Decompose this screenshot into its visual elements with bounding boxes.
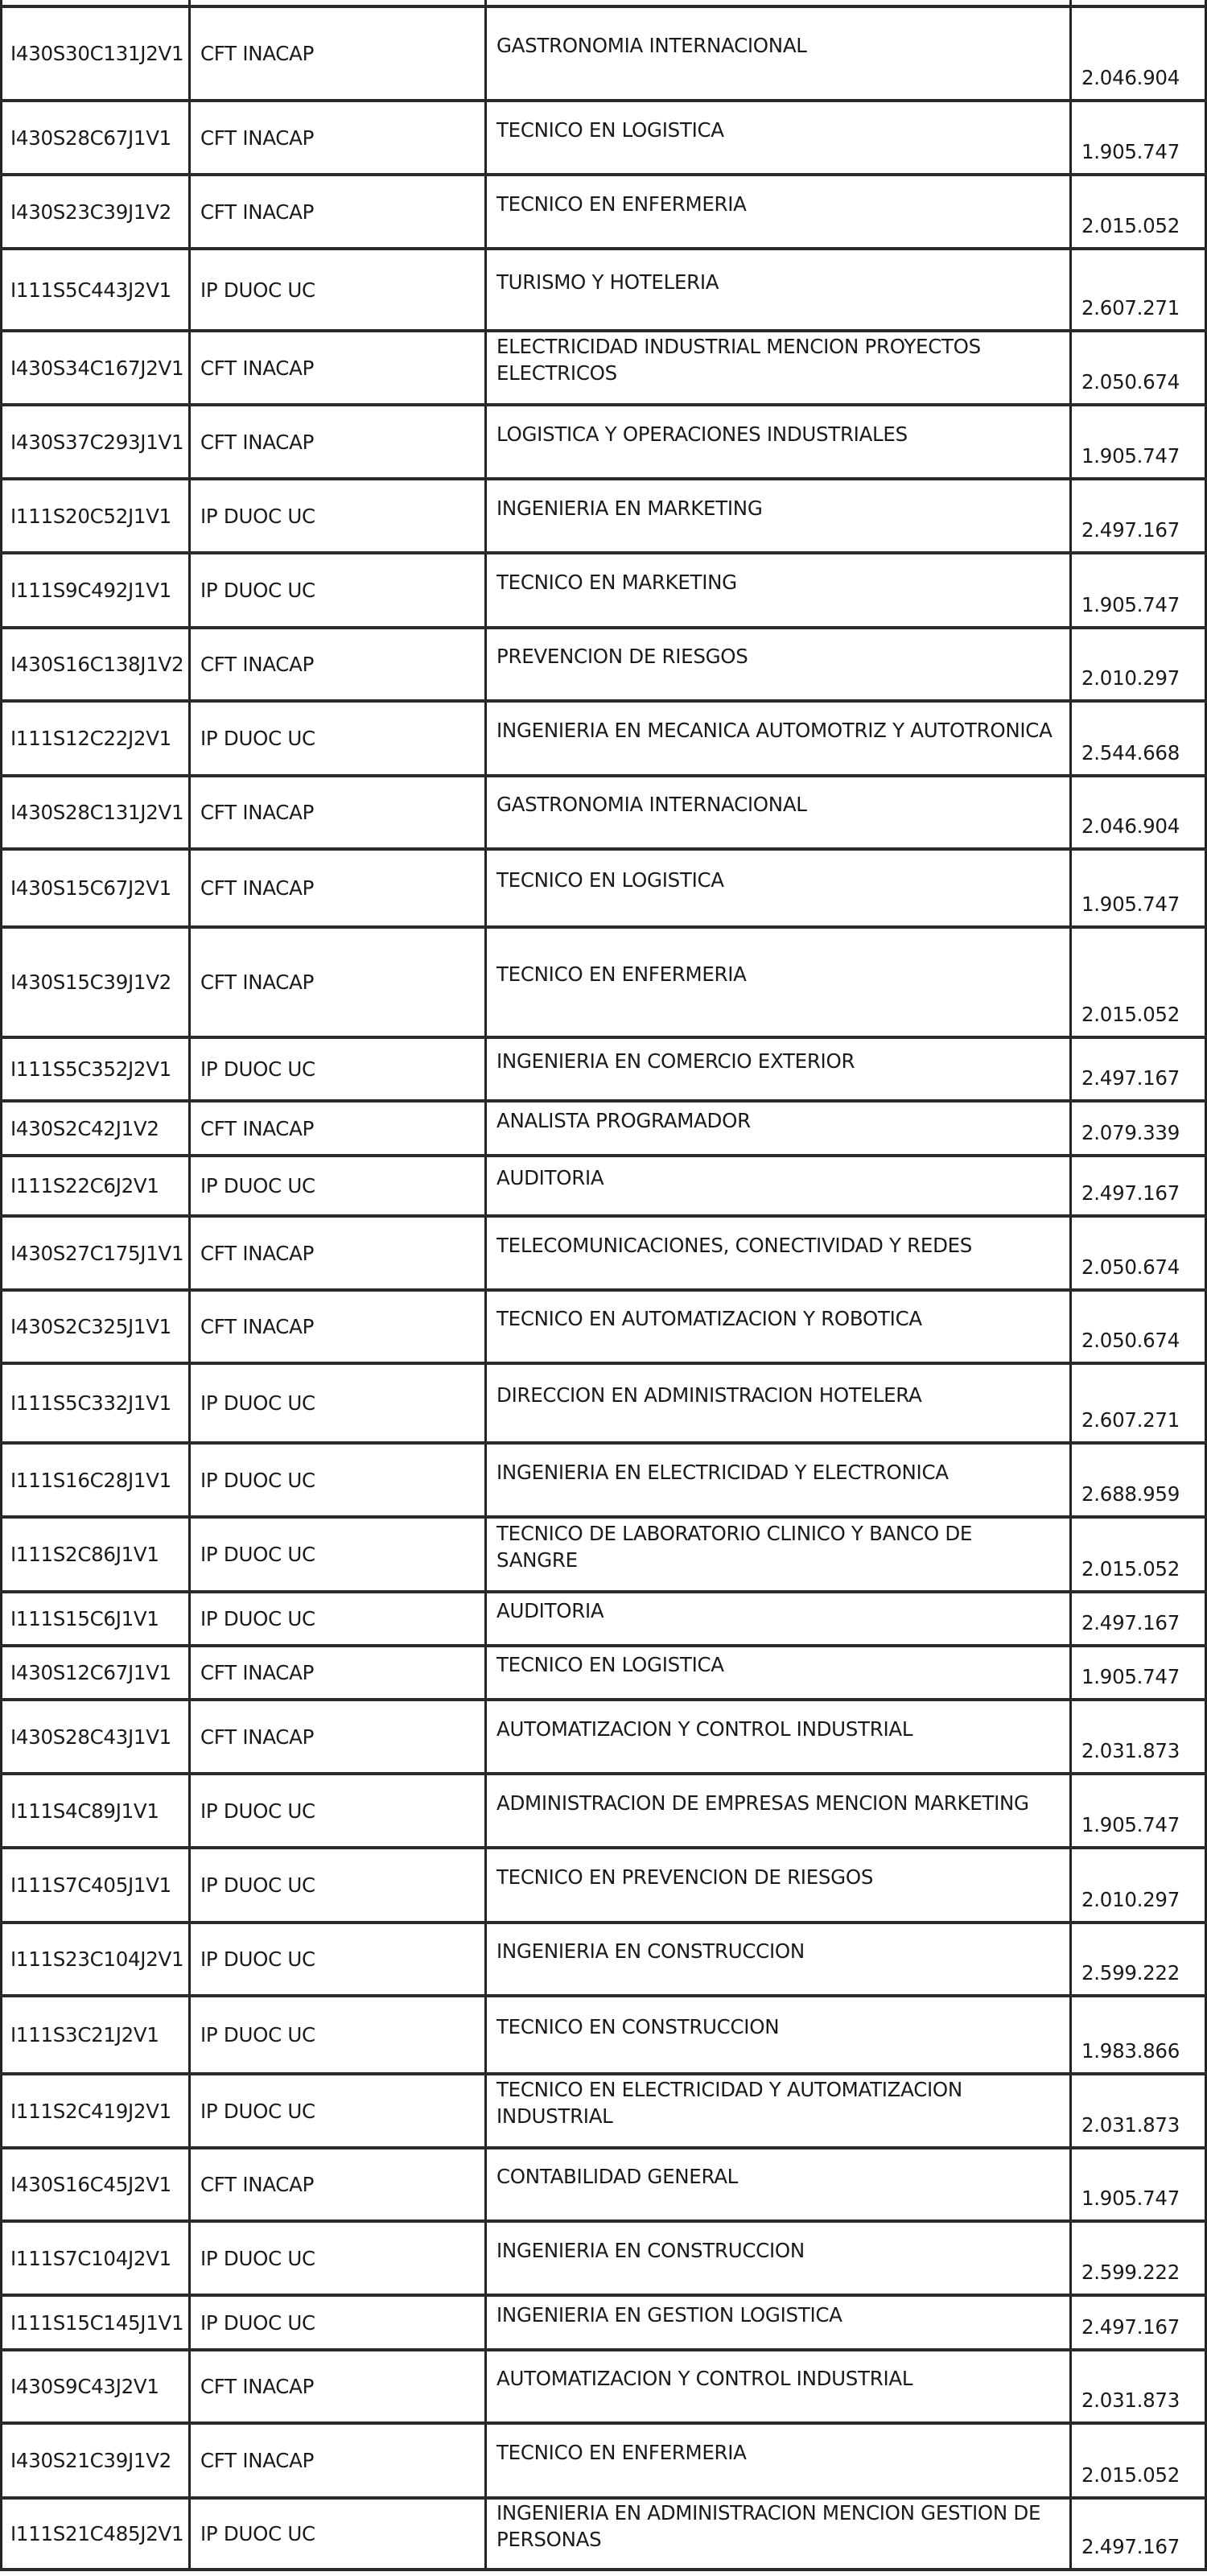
program-code-cell-text: I111S20C52J1V1 [10,503,171,530]
amount-cell: 2.497.167 [1069,1593,1207,1644]
program-code-cell: I111S4C89J1V1 [0,1775,190,1846]
amount-cell: 2.015.052 [1069,2425,1207,2496]
amount-cell-text: 2.046.904 [1081,813,1180,839]
table-row: I111S23C104J2V1IP DUOC UCINGENIERIA EN C… [0,1921,1207,1994]
program-name-cell: ELECTRICIDAD INDUSTRIAL MENCION PROYECTO… [484,332,1072,403]
program-name-cell: TELECOMUNICACIONES, CONECTIVIDAD Y REDES [484,1218,1072,1288]
program-code-cell-text: I111S21C485J2V1 [10,2520,183,2547]
institution-cell-text: IP DUOC UC [200,1605,315,1632]
table-row: I111S4C89J1V1IP DUOC UCADMINISTRACION DE… [0,1772,1207,1846]
institution-cell-text: IP DUOC UC [200,1946,315,1972]
institution-cell: CFT INACAP [188,629,486,699]
program-name-cell-text: TECNICO EN LOGISTICA [496,117,724,143]
table-row: I430S28C67J1V1CFT INACAPTECNICO EN LOGIS… [0,99,1207,173]
table-row: I111S3C21J2V1IP DUOC UCTECNICO EN CONSTR… [0,1994,1207,2072]
program-name-cell: DIRECCION EN ADMINISTRACION HOTELERA [484,1365,1072,1441]
institution-cell-text: CFT INACAP [200,355,314,381]
institution-cell: IP DUOC UC [188,1924,486,1994]
program-name-cell: TECNICO EN LOGISTICA [484,851,1072,925]
table-row: I111S15C145J1V1IP DUOC UCINGENIERIA EN G… [0,2294,1207,2348]
amount-cell: 2.010.297 [1069,629,1207,699]
program-name-cell-text: INGENIERIA EN COMERCIO EXTERIOR [496,1048,855,1074]
program-code-cell-text: I430S28C131J2V1 [10,799,183,826]
amount-cell: 2.079.339 [1069,1103,1207,1154]
amount-cell-text: 2.015.052 [1081,1001,1180,1028]
program-name-cell-text: GASTRONOMIA INTERNACIONAL [496,32,807,59]
program-code-cell: I111S20C52J1V1 [0,480,190,551]
program-code-cell-text: I430S16C45J2V1 [10,2171,171,2198]
amount-cell: 2.497.167 [1069,480,1207,551]
program-code-cell: I111S22C6J2V1 [0,1157,190,1214]
amount-cell-text: 2.031.873 [1081,2387,1180,2413]
program-code-cell: I111S21C485J2V1 [0,2500,190,2568]
program-code-cell-text: I111S2C86J1V1 [10,1541,159,1568]
institution-cell-text: CFT INACAP [200,799,314,826]
institution-cell-text: IP DUOC UC [200,1390,315,1416]
institution-cell-text: IP DUOC UC [200,1173,315,1199]
amount-cell: 2.031.873 [1069,1701,1207,1772]
program-code-cell: I111S12C22J2V1 [0,703,190,774]
amount-cell: 2.599.222 [1069,2223,1207,2294]
table-row: I430S30C131J2V1CFT INACAPGASTRONOMIA INT… [0,5,1207,99]
institution-cell: IP DUOC UC [188,480,486,551]
program-name-cell: TECNICO EN AUTOMATIZACION Y ROBOTICA [484,1292,1072,1362]
institution-cell-text: CFT INACAP [200,2171,314,2198]
program-name-cell: TECNICO EN MARKETING [484,554,1072,626]
institution-cell: IP DUOC UC [188,2297,486,2348]
table-row: I111S22C6J2V1IP DUOC UCAUDITORIA2.497.16… [0,1154,1207,1214]
institution-cell: CFT INACAP [188,2351,486,2421]
amount-cell-text: 2.015.052 [1081,2462,1180,2488]
institution-cell: CFT INACAP [188,929,486,1036]
table-row: I111S20C52J1V1IP DUOC UCINGENIERIA EN MA… [0,477,1207,551]
program-name-cell-text: CONTABILIDAD GENERAL [496,2163,738,2190]
program-code-cell: I111S16C28J1V1 [0,1445,190,1515]
amount-cell: 1.983.866 [1069,1997,1207,2072]
amount-cell-text: 1.905.747 [1081,591,1180,618]
program-code-cell: I430S30C131J2V1 [0,8,190,99]
program-name-cell-text: INGENIERIA EN CONSTRUCCION [496,2237,805,2264]
program-name-cell-text: PREVENCION DE RIESGOS [496,643,748,670]
table-row: I111S5C352J2V1IP DUOC UCINGENIERIA EN CO… [0,1036,1207,1099]
program-name-cell: AUDITORIA [484,1157,1072,1214]
program-code-cell-text: I111S7C104J2V1 [10,2245,171,2272]
program-name-cell: TECNICO DE LABORATORIO CLINICO Y BANCO D… [484,1519,1072,1590]
program-code-cell-text: I430S28C67J1V1 [10,125,171,151]
program-code-cell-text: I111S5C352J2V1 [10,1056,171,1082]
institution-cell-text: CFT INACAP [200,875,314,901]
program-code-cell: I111S7C104J2V1 [0,2223,190,2294]
program-code-cell-text: I111S15C145J1V1 [10,2310,183,2336]
institution-cell-text: IP DUOC UC [200,725,315,752]
program-code-cell-text: I430S28C43J1V1 [10,1724,171,1750]
table-row: I430S15C39J1V2CFT INACAPTECNICO EN ENFER… [0,925,1207,1036]
institution-cell: CFT INACAP [188,851,486,925]
program-name-cell: AUDITORIA [484,1593,1072,1644]
amount-cell: 2.050.674 [1069,332,1207,403]
table-row: I430S16C138J1V2CFT INACAPPREVENCION DE R… [0,626,1207,699]
institution-cell-text: CFT INACAP [200,429,314,455]
institution-cell: IP DUOC UC [188,1157,486,1214]
institution-cell: CFT INACAP [188,1292,486,1362]
table-row: I111S2C419J2V1IP DUOC UCTECNICO EN ELECT… [0,2072,1207,2146]
amount-cell: 1.905.747 [1069,851,1207,925]
program-name-cell: AUTOMATIZACION Y CONTROL INDUSTRIAL [484,1701,1072,1772]
institution-cell: IP DUOC UC [188,250,486,329]
program-code-cell: I430S16C45J2V1 [0,2149,190,2219]
program-code-cell-text: I111S9C492J1V1 [10,577,171,604]
institution-cell: IP DUOC UC [188,1849,486,1921]
institution-cell: IP DUOC UC [188,1365,486,1441]
program-code-cell-text: I430S30C131J2V1 [10,40,183,67]
amount-cell-text: 2.015.052 [1081,1556,1180,1582]
program-code-cell-text: I430S2C42J1V2 [10,1115,159,1142]
amount-cell: 1.905.747 [1069,1647,1207,1698]
program-name-cell: INGENIERIA EN GESTION LOGISTICA [484,2297,1072,2348]
program-name-cell: INGENIERIA EN MECANICA AUTOMOTRIZ Y AUTO… [484,703,1072,774]
table-row: I430S27C175J1V1CFT INACAPTELECOMUNICACIO… [0,1214,1207,1288]
program-code-cell-text: I430S16C138J1V2 [10,651,183,678]
program-code-cell: I111S15C145J1V1 [0,2297,190,2348]
table-row: I430S34C167J2V1CFT INACAPELECTRICIDAD IN… [0,329,1207,403]
program-name-cell: INGENIERIA EN MARKETING [484,480,1072,551]
amount-cell-text: 2.497.167 [1081,1180,1180,1206]
program-name-cell-text: INGENIERIA EN MECANICA AUTOMOTRIZ Y AUTO… [496,717,1053,744]
table-row: I111S5C443J2V1IP DUOC UCTURISMO Y HOTELE… [0,247,1207,329]
program-name-cell: CONTABILIDAD GENERAL [484,2149,1072,2219]
amount-cell: 2.046.904 [1069,777,1207,847]
program-code-cell-text: I430S37C293J1V1 [10,429,183,455]
table-row: I111S5C332J1V1IP DUOC UCDIRECCION EN ADM… [0,1362,1207,1441]
institution-cell: CFT INACAP [188,2149,486,2219]
amount-cell: 2.599.222 [1069,1924,1207,1994]
amount-cell-text: 2.497.167 [1081,2533,1180,2560]
institution-cell: IP DUOC UC [188,1445,486,1515]
program-code-cell: I430S28C131J2V1 [0,777,190,847]
amount-cell-text: 2.010.297 [1081,665,1180,691]
program-name-cell: GASTRONOMIA INTERNACIONAL [484,8,1072,99]
institution-cell-text: CFT INACAP [200,1724,314,1750]
amount-cell: 2.015.052 [1069,929,1207,1036]
table-row: I430S15C67J2V1CFT INACAPTECNICO EN LOGIS… [0,847,1207,925]
amount-cell-text: 2.544.668 [1081,740,1180,766]
institution-cell: CFT INACAP [188,332,486,403]
amount-cell: 2.015.052 [1069,1519,1207,1590]
institution-cell-text: CFT INACAP [200,1240,314,1267]
amount-cell: 1.905.747 [1069,1775,1207,1846]
institution-cell: CFT INACAP [188,1701,486,1772]
program-code-cell: I430S21C39J1V2 [0,2425,190,2496]
program-name-cell: TECNICO EN LOGISTICA [484,102,1072,173]
institution-cell: CFT INACAP [188,102,486,173]
institution-cell: CFT INACAP [188,1103,486,1154]
program-name-cell-text: TECNICO EN ENFERMERIA [496,2439,747,2466]
amount-cell: 2.607.271 [1069,250,1207,329]
institution-cell-text: CFT INACAP [200,2373,314,2400]
program-code-cell: I430S34C167J2V1 [0,332,190,403]
amount-cell: 2.497.167 [1069,1157,1207,1214]
program-name-cell-text: INGENIERIA EN ELECTRICIDAD Y ELECTRONICA [496,1459,949,1486]
institution-cell: IP DUOC UC [188,2075,486,2146]
program-code-cell: I111S15C6J1V1 [0,1593,190,1644]
program-code-cell: I111S9C492J1V1 [0,554,190,626]
program-code-cell-text: I430S15C39J1V2 [10,969,171,995]
program-code-cell-text: I430S21C39J1V2 [10,2447,171,2474]
institution-cell: CFT INACAP [188,2425,486,2496]
program-name-cell: INGENIERIA EN CONSTRUCCION [484,1924,1072,1994]
program-code-cell-text: I430S2C325J1V1 [10,1313,171,1340]
program-code-cell: I111S2C86J1V1 [0,1519,190,1590]
program-name-cell-text: INGENIERIA EN GESTION LOGISTICA [496,2302,842,2328]
table-row: I111S15C6J1V1IP DUOC UCAUDITORIA2.497.16… [0,1590,1207,1644]
institution-cell-text: IP DUOC UC [200,277,315,303]
amount-cell-text: 2.607.271 [1081,1407,1180,1433]
table-row: I111S12C22J2V1IP DUOC UCINGENIERIA EN ME… [0,699,1207,774]
program-name-cell-text: TURISMO Y HOTELERIA [496,269,719,295]
amount-cell-text: 1.905.747 [1081,891,1180,917]
program-name-cell: INGENIERIA EN COMERCIO EXTERIOR [484,1039,1072,1099]
amount-cell: 2.497.167 [1069,2297,1207,2348]
institution-cell-text: IP DUOC UC [200,1872,315,1898]
program-code-cell: I430S2C325J1V1 [0,1292,190,1362]
institution-cell-text: IP DUOC UC [200,2022,315,2048]
program-code-cell-text: I430S9C43J2V1 [10,2373,159,2400]
amount-cell-text: 2.031.873 [1081,2112,1180,2138]
table-row: I430S28C131J2V1CFT INACAPGASTRONOMIA INT… [0,774,1207,847]
amount-cell: 2.031.873 [1069,2351,1207,2421]
program-code-cell: I430S9C43J2V1 [0,2351,190,2421]
institution-cell-text: IP DUOC UC [200,1541,315,1568]
program-code-cell-text: I430S12C67J1V1 [10,1659,171,1686]
program-code-cell-text: I430S15C67J2V1 [10,875,171,901]
program-code-cell-text: I430S23C39J1V2 [10,199,171,225]
institution-cell: CFT INACAP [188,1218,486,1288]
table-row: I430S12C67J1V1CFT INACAPTECNICO EN LOGIS… [0,1644,1207,1698]
table-row: I430S2C42J1V2CFT INACAPANALISTA PROGRAMA… [0,1099,1207,1154]
amount-cell: 1.905.747 [1069,102,1207,173]
program-code-cell-text: I111S3C21J2V1 [10,2022,159,2048]
amount-cell-text: 2.050.674 [1081,369,1180,395]
program-name-cell-text: GASTRONOMIA INTERNACIONAL [496,791,807,818]
table-row: I111S2C86J1V1IP DUOC UCTECNICO DE LABORA… [0,1515,1207,1590]
program-name-cell: GASTRONOMIA INTERNACIONAL [484,777,1072,847]
institution-cell-text: CFT INACAP [200,1659,314,1686]
program-name-cell-text: TELECOMUNICACIONES, CONECTIVIDAD Y REDES [496,1232,972,1259]
program-name-cell-text: LOGISTICA Y OPERACIONES INDUSTRIALES [496,421,908,447]
program-name-cell: INGENIERIA EN ADMINISTRACION MENCION GES… [484,2500,1072,2568]
program-code-cell: I111S23C104J2V1 [0,1924,190,1994]
institution-cell: IP DUOC UC [188,1775,486,1846]
program-name-cell: TECNICO EN ENFERMERIA [484,2425,1072,2496]
institution-cell: CFT INACAP [188,406,486,477]
amount-cell-text: 2.050.674 [1081,1327,1180,1354]
program-code-cell: I430S37C293J1V1 [0,406,190,477]
program-name-cell-text: TECNICO EN CONSTRUCCION [496,2013,779,2040]
program-name-cell-text: DIRECCION EN ADMINISTRACION HOTELERA [496,1382,921,1408]
amount-cell: 2.050.674 [1069,1218,1207,1288]
institution-cell: IP DUOC UC [188,1519,486,1590]
institution-cell: CFT INACAP [188,1647,486,1698]
amount-cell: 2.607.271 [1069,1365,1207,1441]
institution-cell-text: CFT INACAP [200,1115,314,1142]
table-row: I111S7C104J2V1IP DUOC UCINGENIERIA EN CO… [0,2219,1207,2294]
institution-cell-text: CFT INACAP [200,1313,314,1340]
program-name-cell-text: ADMINISTRACION DE EMPRESAS MENCION MARKE… [496,1790,1029,1816]
program-name-cell-text: TECNICO DE LABORATORIO CLINICO Y BANCO D… [496,1520,1056,1573]
amount-cell-text: 1.905.747 [1081,2185,1180,2211]
program-name-cell: PREVENCION DE RIESGOS [484,629,1072,699]
table-row: I430S9C43J2V1CFT INACAPAUTOMATIZACION Y … [0,2348,1207,2421]
institution-cell-text: IP DUOC UC [200,1056,315,1082]
program-name-cell: ANALISTA PROGRAMADOR [484,1103,1072,1154]
amount-cell-text: 2.497.167 [1081,2314,1180,2340]
amount-cell: 2.050.674 [1069,1292,1207,1362]
institution-cell: CFT INACAP [188,777,486,847]
amount-cell-text: 2.010.297 [1081,1886,1180,1913]
program-name-cell: ADMINISTRACION DE EMPRESAS MENCION MARKE… [484,1775,1072,1846]
program-code-cell-text: I111S16C28J1V1 [10,1467,171,1494]
program-code-cell-text: I111S4C89J1V1 [10,1798,159,1824]
program-name-cell-text: AUDITORIA [496,1597,603,1624]
amount-cell-text: 2.607.271 [1081,295,1180,321]
program-code-cell: I430S28C67J1V1 [0,102,190,173]
program-code-cell-text: I111S5C443J2V1 [10,277,171,303]
program-name-cell: INGENIERIA EN ELECTRICIDAD Y ELECTRONICA [484,1445,1072,1515]
program-name-cell-text: TECNICO EN AUTOMATIZACION Y ROBOTICA [496,1305,922,1332]
amount-cell-text: 2.688.959 [1081,1481,1180,1507]
program-code-cell: I430S2C42J1V2 [0,1103,190,1154]
program-code-cell-text: I430S27C175J1V1 [10,1240,183,1267]
amount-cell-text: 2.031.873 [1081,1737,1180,1764]
amount-cell: 2.015.052 [1069,176,1207,247]
program-name-cell-text: TECNICO EN ENFERMERIA [496,191,747,217]
program-code-cell-text: I111S12C22J2V1 [10,725,171,752]
program-code-cell: I430S12C67J1V1 [0,1647,190,1698]
program-name-cell: TECNICO EN LOGISTICA [484,1647,1072,1698]
program-name-cell: TECNICO EN PREVENCION DE RIESGOS [484,1849,1072,1921]
institution-cell: CFT INACAP [188,8,486,99]
institution-cell-text: IP DUOC UC [200,577,315,604]
amount-cell: 2.688.959 [1069,1445,1207,1515]
institution-cell-text: CFT INACAP [200,2447,314,2474]
program-name-cell-text: TECNICO EN ELECTRICIDAD Y AUTOMATIZACION… [496,2076,1056,2129]
amount-cell-text: 1.983.866 [1081,2038,1180,2064]
amount-cell-text: 2.046.904 [1081,64,1180,91]
amount-cell-text: 2.599.222 [1081,2259,1180,2285]
amount-cell: 1.905.747 [1069,406,1207,477]
amount-cell: 1.905.747 [1069,2149,1207,2219]
program-code-cell-text: I430S34C167J2V1 [10,355,183,381]
program-code-cell: I111S5C443J2V1 [0,250,190,329]
program-name-cell-text: TECNICO EN MARKETING [496,569,737,596]
program-name-cell-text: TECNICO EN LOGISTICA [496,1651,724,1678]
institution-cell: IP DUOC UC [188,1039,486,1099]
program-name-cell: AUTOMATIZACION Y CONTROL INDUSTRIAL [484,2351,1072,2421]
table-row: I111S9C492J1V1IP DUOC UCTECNICO EN MARKE… [0,551,1207,626]
institution-cell-text: CFT INACAP [200,651,314,678]
program-name-cell: TECNICO EN ENFERMERIA [484,176,1072,247]
amount-cell: 2.046.904 [1069,8,1207,99]
amount-cell-text: 1.905.747 [1081,1663,1180,1690]
program-code-cell: I111S2C419J2V1 [0,2075,190,2146]
amount-cell-text: 1.905.747 [1081,443,1180,469]
amount-cell: 2.497.167 [1069,1039,1207,1099]
amount-cell-text: 2.015.052 [1081,212,1180,239]
table-row: I430S2C325J1V1CFT INACAPTECNICO EN AUTOM… [0,1288,1207,1362]
program-name-cell: TECNICO EN ENFERMERIA [484,929,1072,1036]
amount-cell-text: 1.905.747 [1081,1811,1180,1838]
table-row: I111S21C485J2V1IP DUOC UCINGENIERIA EN A… [0,2496,1207,2571]
institution-cell: CFT INACAP [188,176,486,247]
institution-cell-text: IP DUOC UC [200,2098,315,2125]
program-name-cell: INGENIERIA EN CONSTRUCCION [484,2223,1072,2294]
program-name-cell-text: AUTOMATIZACION Y CONTROL INDUSTRIAL [496,1716,912,1742]
program-code-cell: I111S7C405J1V1 [0,1849,190,1921]
program-code-cell: I430S15C67J2V1 [0,851,190,925]
institution-cell-text: CFT INACAP [200,969,314,995]
amount-cell: 2.010.297 [1069,1849,1207,1921]
amount-cell: 2.031.873 [1069,2075,1207,2146]
program-code-cell: I430S28C43J1V1 [0,1701,190,1772]
program-name-cell: LOGISTICA Y OPERACIONES INDUSTRIALES [484,406,1072,477]
amount-cell-text: 2.497.167 [1081,517,1180,543]
table-row: I111S16C28J1V1IP DUOC UCINGENIERIA EN EL… [0,1441,1207,1515]
program-code-cell: I111S5C332J1V1 [0,1365,190,1441]
institution-cell-text: IP DUOC UC [200,2245,315,2272]
institution-cell-text: CFT INACAP [200,40,314,67]
program-code-cell: I430S27C175J1V1 [0,1218,190,1288]
program-code-cell-text: I111S15C6J1V1 [10,1605,159,1632]
institution-cell: IP DUOC UC [188,703,486,774]
program-name-cell-text: ANALISTA PROGRAMADOR [496,1107,751,1134]
institution-cell: IP DUOC UC [188,1997,486,2072]
table-row: I430S23C39J1V2CFT INACAPTECNICO EN ENFER… [0,173,1207,247]
table-row: I430S21C39J1V2CFT INACAPTECNICO EN ENFER… [0,2421,1207,2496]
program-code-cell: I430S16C138J1V2 [0,629,190,699]
institution-cell: IP DUOC UC [188,2500,486,2568]
program-name-cell-text: TECNICO EN LOGISTICA [496,867,724,893]
program-name-cell-text: TECNICO EN PREVENCION DE RIESGOS [496,1864,873,1890]
table-row: I111S7C405J1V1IP DUOC UCTECNICO EN PREVE… [0,1846,1207,1921]
program-name-cell-text: TECNICO EN ENFERMERIA [496,961,747,987]
program-name-cell-text: INGENIERIA EN MARKETING [496,495,763,521]
amount-cell-text: 2.497.167 [1081,1609,1180,1636]
amount-cell: 2.544.668 [1069,703,1207,774]
amount-cell-text: 2.079.339 [1081,1119,1180,1146]
amount-cell-text: 2.599.222 [1081,1960,1180,1986]
table-row: I430S37C293J1V1CFT INACAPLOGISTICA Y OPE… [0,403,1207,477]
program-code-cell: I111S3C21J2V1 [0,1997,190,2072]
institution-cell: IP DUOC UC [188,1593,486,1644]
institution-cell-text: IP DUOC UC [200,1467,315,1494]
program-code-cell: I111S5C352J2V1 [0,1039,190,1099]
institution-cell-text: IP DUOC UC [200,2310,315,2336]
program-name-cell: TECNICO EN CONSTRUCCION [484,1997,1072,2072]
amount-cell-text: 2.497.167 [1081,1065,1180,1091]
program-code-cell-text: I111S22C6J2V1 [10,1173,159,1199]
amount-cell: 1.905.747 [1069,554,1207,626]
institution-cell-text: IP DUOC UC [200,1798,315,1824]
program-code-cell-text: I111S2C419J2V1 [10,2098,171,2125]
institution-cell-text: CFT INACAP [200,125,314,151]
amount-cell: 2.497.167 [1069,2500,1207,2568]
institution-cell-text: IP DUOC UC [200,2520,315,2547]
table-row: I430S28C43J1V1CFT INACAPAUTOMATIZACION Y… [0,1698,1207,1772]
amount-cell-text: 2.050.674 [1081,1254,1180,1280]
institution-cell: IP DUOC UC [188,554,486,626]
program-code-cell-text: I111S5C332J1V1 [10,1390,171,1416]
program-name-cell: TURISMO Y HOTELERIA [484,250,1072,329]
